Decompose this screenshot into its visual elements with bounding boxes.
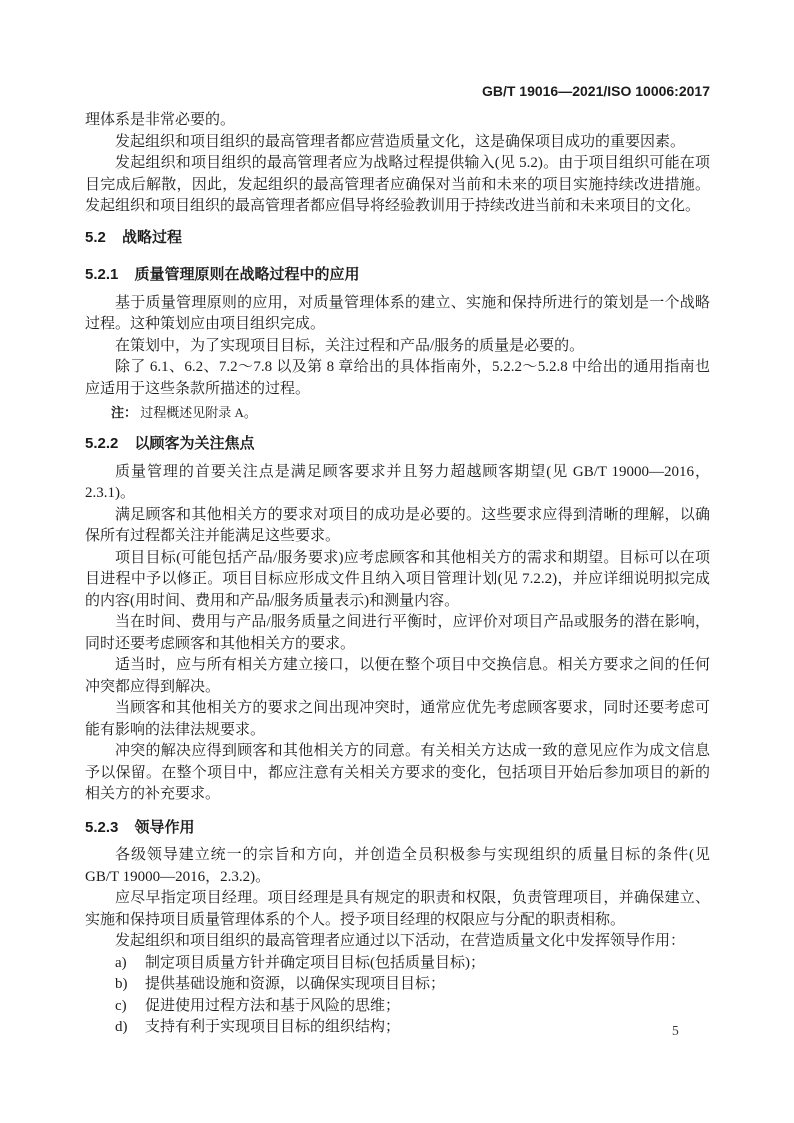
paragraph: 当顾客和其他相关方的要求之间出现冲突时，通常应优先考虑顾客要求，同时还要考虑可能… <box>85 698 710 741</box>
list-item: b) 提供基础设施和资源，以确保实现项目目标； <box>85 974 710 996</box>
note-text: 过程概述见附录 A。 <box>140 405 257 420</box>
paragraph: 冲突的解决应得到顾客和其他相关方的同意。有关相关方达成一致的意见应作为成文信息予… <box>85 741 710 806</box>
subsection-number: 5.2.1 <box>85 264 118 286</box>
page-content: 理体系是非常必要的。 发起组织和项目组织的最高管理者都应营造质量文化，这是确保项… <box>85 110 710 1039</box>
paragraph: 适当时，应与所有相关方建立接口，以便在整个项目中交换信息。相关方要求之间的任何冲… <box>85 655 710 698</box>
subsection-number: 5.2.3 <box>85 817 118 839</box>
paragraph: 在策划中，为了实现项目目标，关注过程和产品/服务的质量是必要的。 <box>85 336 710 358</box>
subsection-title: 领导作用 <box>135 819 195 836</box>
list-item-text: 促进使用过程方法和基于风险的思维； <box>145 996 710 1018</box>
paragraph: 项目目标(可能包括产品/服务要求)应考虑顾客和其他相关方的需求和期望。目标可以在… <box>85 548 710 613</box>
page-number: 5 <box>672 1023 679 1039</box>
paragraph: 基于质量管理原则的应用，对质量管理体系的建立、实施和保持所进行的策划是一个战略过… <box>85 293 710 336</box>
paragraph: 发起组织和项目组织的最高管理者应为战略过程提供输入(见 5.2)。由于项目组织可… <box>85 153 710 218</box>
list-item-label: d) <box>115 1017 145 1039</box>
subsection-number: 5.2.2 <box>85 433 118 455</box>
subsection-heading-5-2-1: 5.2.1 质量管理原则在战略过程中的应用 <box>85 264 710 286</box>
paragraph: 满足顾客和其他相关方的要求对项目的成功是必要的。这些要求应得到清晰的理解，以确保… <box>85 505 710 548</box>
paragraph: 除了 6.1、6.2、7.2～7.8 以及第 8 章给出的具体指南外，5.2.2… <box>85 357 710 400</box>
list-item-text: 制定项目质量方针并确定项目目标(包括质量目标)； <box>145 953 710 975</box>
list-item-label: c) <box>115 996 145 1018</box>
note-label: 注： <box>111 405 137 420</box>
list-item-text: 支持有利于实现项目目标的组织结构； <box>145 1017 710 1039</box>
subsection-title: 质量管理原则在战略过程中的应用 <box>135 266 360 283</box>
list-item-label: b) <box>115 974 145 996</box>
paragraph: 发起组织和项目组织的最高管理者都应营造质量文化，这是确保项目成功的重要因素。 <box>85 132 710 154</box>
list-item-text: 提供基础设施和资源，以确保实现项目目标； <box>145 974 710 996</box>
subsection-title: 以顾客为关注焦点 <box>135 435 255 452</box>
paragraph: 发起组织和项目组织的最高管理者应通过以下活动，在营造质量文化中发挥领导作用： <box>85 931 710 953</box>
paragraph: 当在时间、费用与产品/服务质量之间进行平衡时，应评价对项目产品或服务的潜在影响，… <box>85 612 710 655</box>
list-item: c) 促进使用过程方法和基于风险的思维； <box>85 996 710 1018</box>
section-number: 5.2 <box>85 227 106 249</box>
list-item: d) 支持有利于实现项目目标的组织结构； <box>85 1017 710 1039</box>
subsection-heading-5-2-3: 5.2.3 领导作用 <box>85 817 710 839</box>
paragraph: 质量管理的首要关注点是满足顾客要求并且努力超越顾客期望(见 GB/T 19000… <box>85 462 710 505</box>
paragraph: 应尽早指定项目经理。项目经理是具有规定的职责和权限，负责管理项目，并确保建立、实… <box>85 888 710 931</box>
continuation-paragraph: 理体系是非常必要的。 <box>85 110 710 132</box>
section-heading-5-2: 5.2 战略过程 <box>85 227 710 249</box>
list-item-label: a) <box>115 953 145 975</box>
subsection-heading-5-2-2: 5.2.2 以顾客为关注焦点 <box>85 433 710 455</box>
standard-code-header: GB/T 19016—2021/ISO 10006:2017 <box>85 83 710 99</box>
list-item: a) 制定项目质量方针并确定项目目标(包括质量目标)； <box>85 953 710 975</box>
note: 注： 过程概述见附录 A。 <box>85 403 710 422</box>
section-title: 战略过程 <box>122 229 182 246</box>
document-page: GB/T 19016—2021/ISO 10006:2017 理体系是非常必要的… <box>0 0 794 1123</box>
paragraph: 各级领导建立统一的宗旨和方向，并创造全员积极参与实现组织的质量目标的条件(见 G… <box>85 845 710 888</box>
